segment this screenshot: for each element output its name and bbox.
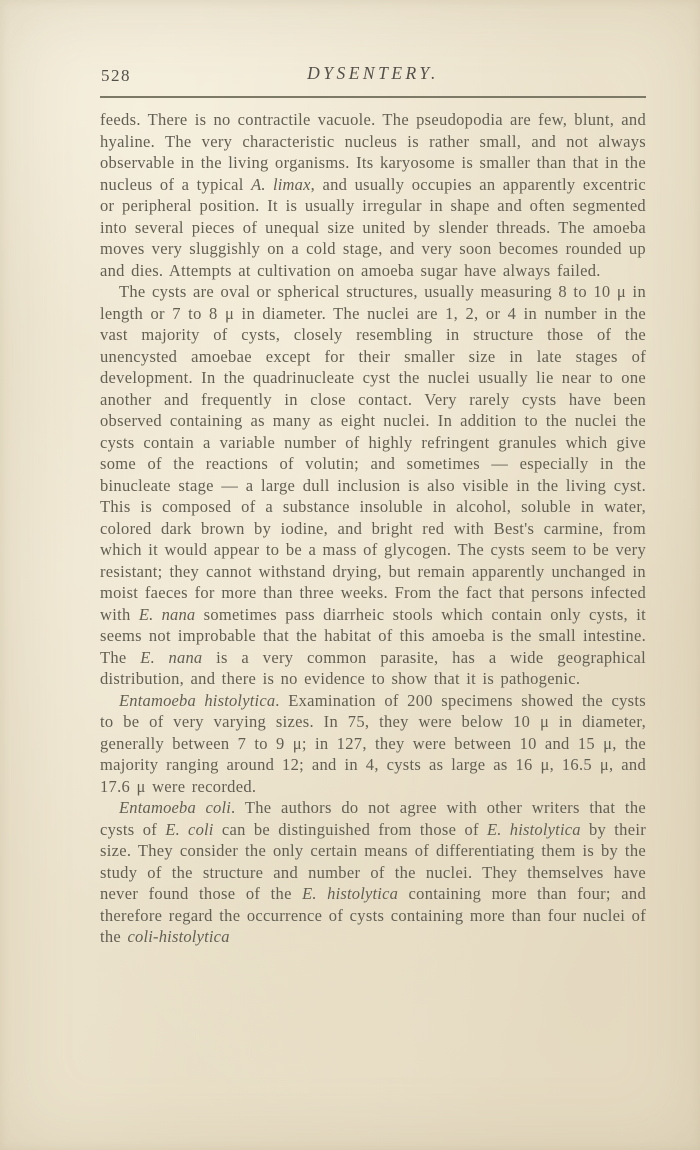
book-page: 528 DYSENTERY. feeds. There is no contra…: [0, 0, 700, 1150]
body-run: can be distinguished from those of: [214, 820, 487, 839]
body-run: The cysts are oval or spherical structur…: [100, 282, 646, 624]
italic-text: Entamoeba histolytica: [119, 691, 275, 710]
italic-text: E. histolytica: [302, 884, 398, 903]
italic-text: A. limax: [251, 175, 311, 194]
italic-text: E. nana: [140, 648, 202, 667]
italic-text: coli-histolytica: [127, 927, 229, 946]
paragraph: feeds. There is no contractile vacuole. …: [100, 109, 646, 281]
page-number: 528: [101, 66, 131, 86]
body-text: feeds. There is no contractile vacuole. …: [100, 98, 646, 948]
italic-text: Entamoeba coli: [119, 798, 231, 817]
paragraph: The cysts are oval or spherical structur…: [100, 281, 646, 690]
running-head: DYSENTERY.: [100, 60, 646, 84]
text-block: 528 DYSENTERY. feeds. There is no contra…: [100, 60, 646, 948]
italic-text: E. coli: [165, 820, 213, 839]
paragraph: Entamoeba histolytica. Examination of 20…: [100, 690, 646, 798]
page-header: 528 DYSENTERY.: [100, 60, 646, 96]
italic-text: E. nana: [139, 605, 196, 624]
italic-text: E. histolytica: [487, 820, 581, 839]
paragraph: Entamoeba coli. The authors do not agree…: [100, 797, 646, 948]
